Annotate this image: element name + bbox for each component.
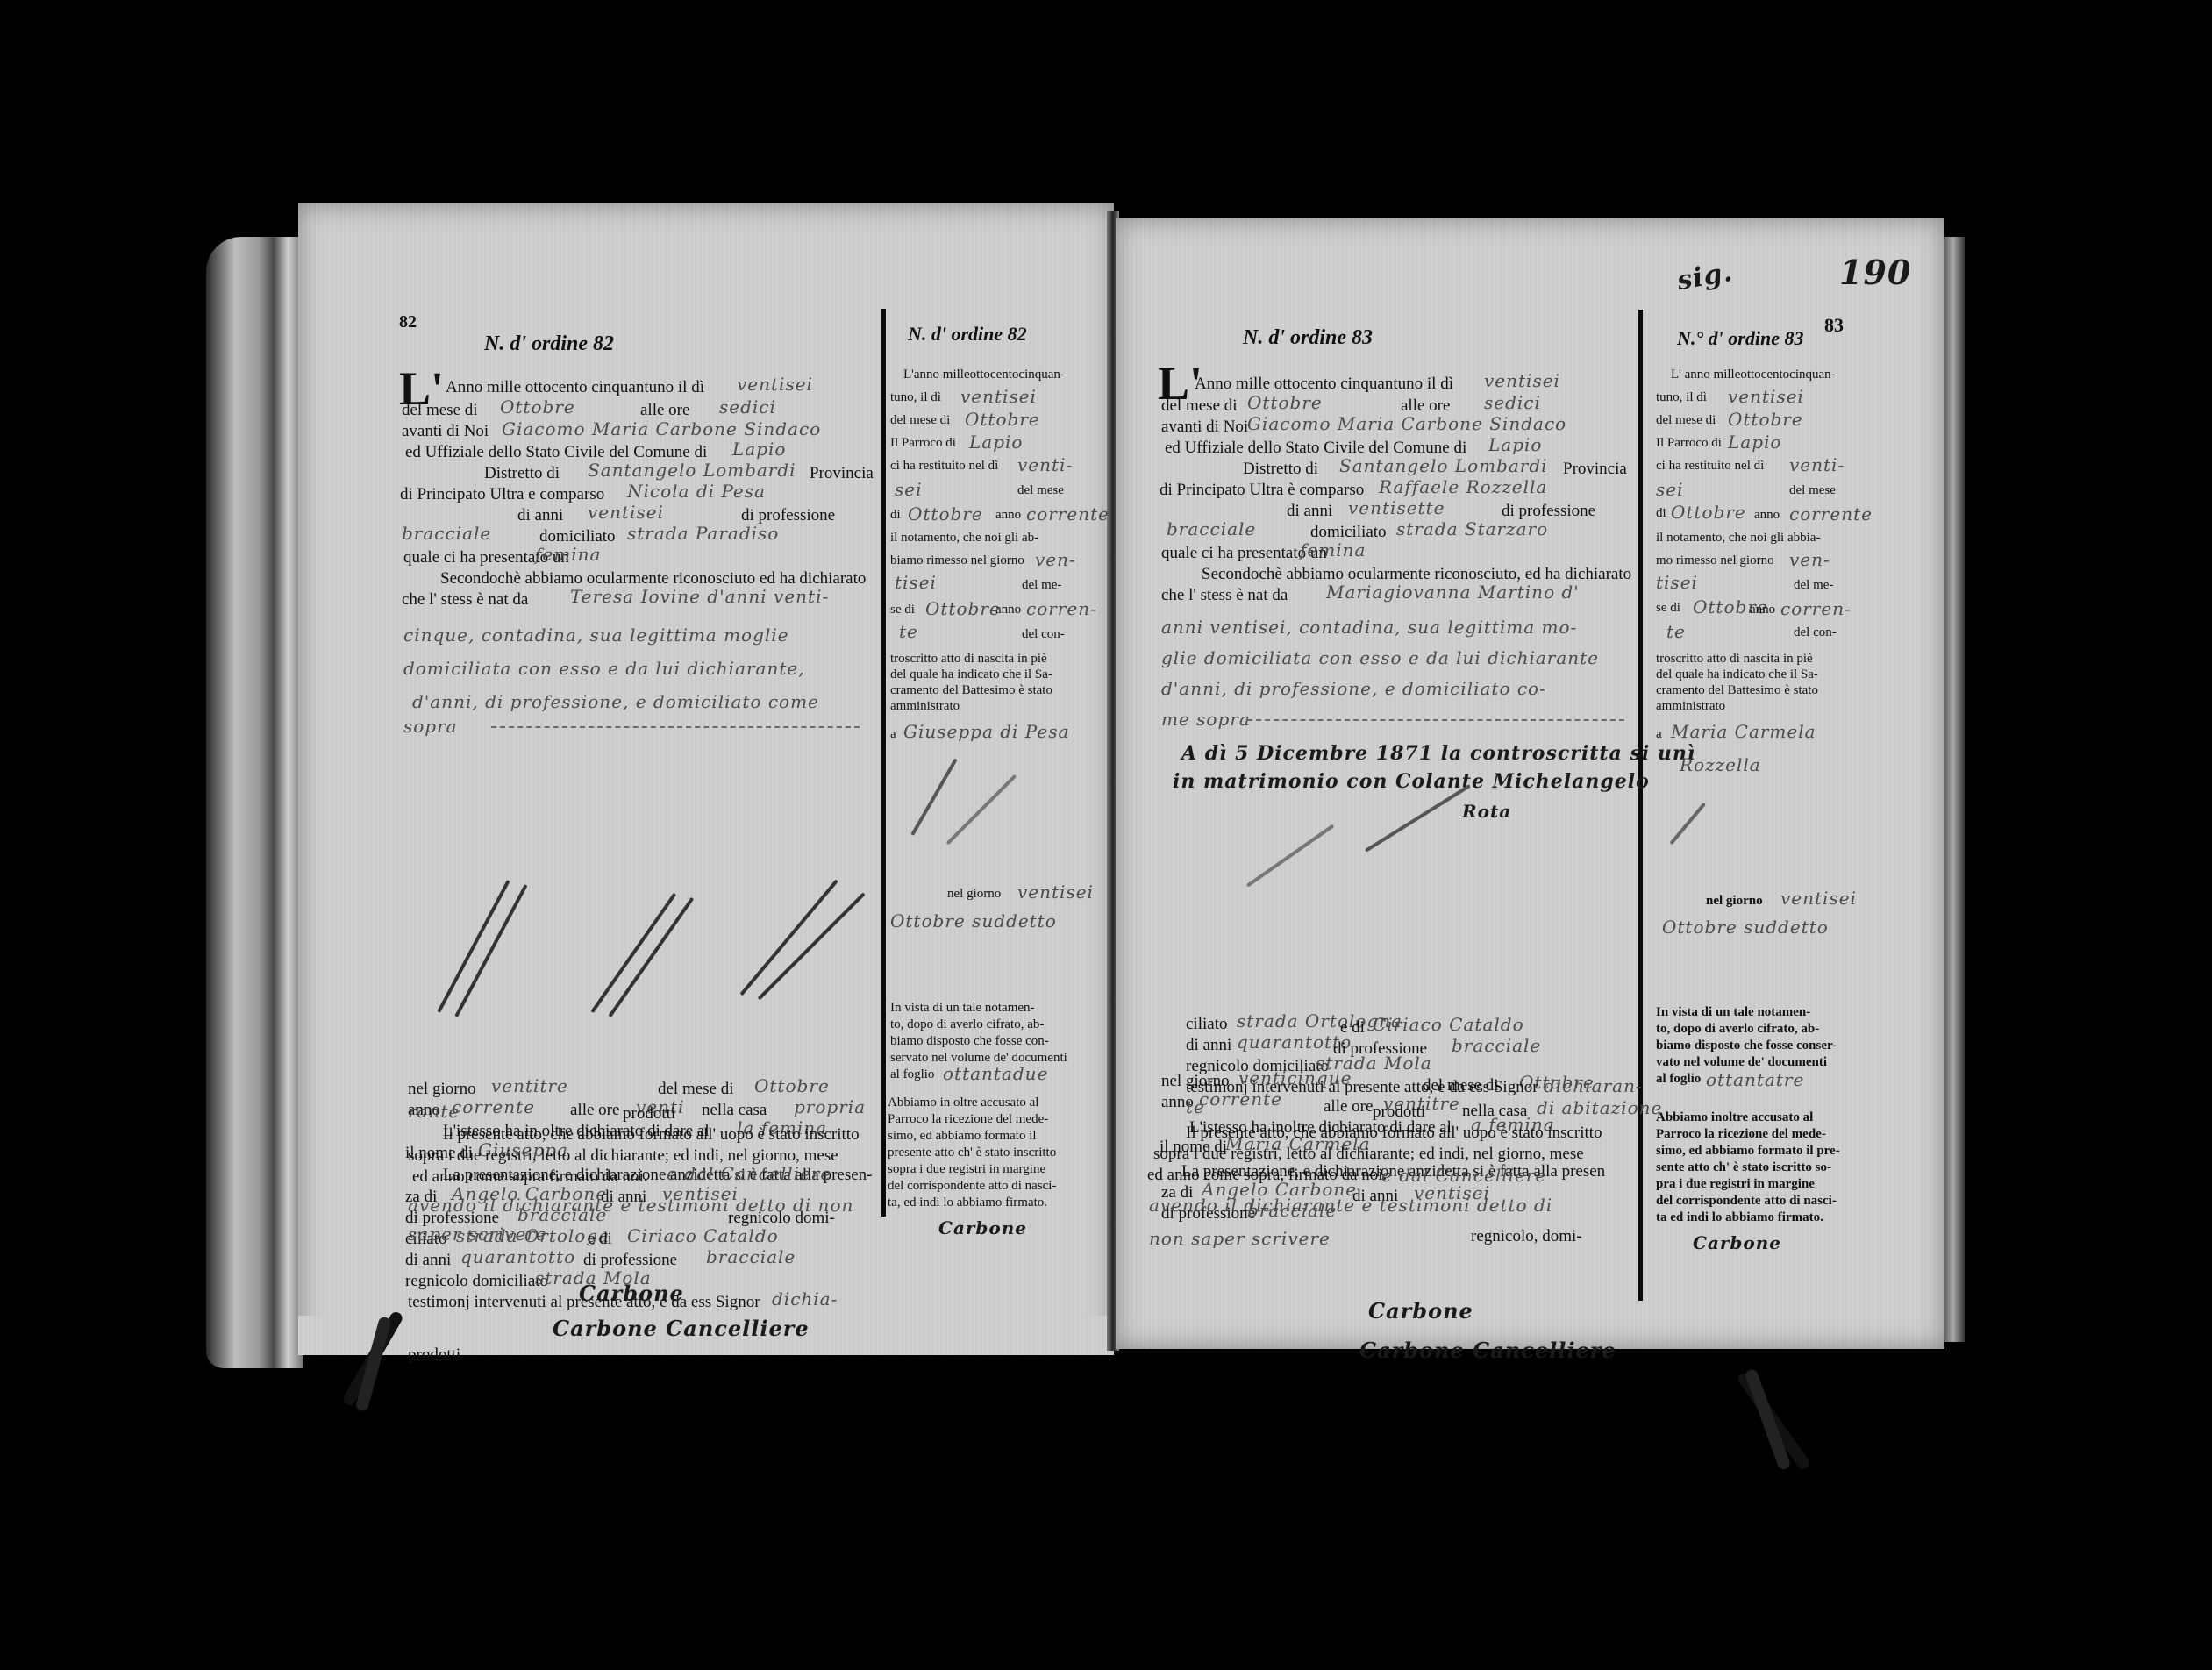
mayor-signature: Carbone <box>1368 1298 1473 1324</box>
act-heading: N. d' ordine 83 <box>1243 327 1373 348</box>
stub-heading: N.° d' ordine 83 <box>1677 329 1803 348</box>
cancel-stroke <box>1365 784 1471 853</box>
clerk-signature: Carbone Cancelliere <box>1359 1338 1616 1363</box>
clerk-signature: Carbone Cancelliere <box>553 1316 810 1341</box>
book-spine-left <box>206 237 303 1368</box>
register-mark: sig. <box>1674 257 1735 297</box>
column-divider <box>881 309 886 1217</box>
page-number: 83 <box>1824 316 1844 335</box>
marginal-annotation: A dì 5 Dicembre 1871 la controscritta si… <box>1181 742 1695 765</box>
cancel-stroke <box>454 884 527 1017</box>
page-number: 82 <box>399 313 417 331</box>
stub-heading: N. d' ordine 82 <box>908 325 1027 344</box>
bookmark-ribbon <box>1744 1368 1791 1472</box>
stub-signature: Carbone <box>938 1217 1027 1238</box>
cancel-stroke <box>590 893 676 1013</box>
cancel-stroke <box>608 897 694 1017</box>
abbiamo-paragraph: Abbiamo inoltre accusato al Parroco la r… <box>1656 1110 1840 1226</box>
cancel-stroke <box>437 880 510 1013</box>
column-divider <box>1638 310 1643 1301</box>
stub-signature: Carbone <box>1693 1232 1781 1253</box>
act-heading: N. d' ordine 82 <box>484 333 614 354</box>
cancel-stroke <box>739 879 838 996</box>
annotation-signature: Rota <box>1462 801 1511 822</box>
scanned-register: 82 N. d' ordine 82 L' Anno mille ottocen… <box>0 0 2212 1670</box>
cancel-stroke <box>1246 824 1335 888</box>
marginal-annotation: in matrimonio con Colante Michelangelo <box>1173 770 1650 793</box>
mayor-signature: Carbone <box>579 1281 684 1306</box>
folio-stamp: 190 <box>1839 253 1911 292</box>
abbiamo-paragraph: Abbiamo in oltre accusato al Parroco la … <box>888 1095 1056 1211</box>
